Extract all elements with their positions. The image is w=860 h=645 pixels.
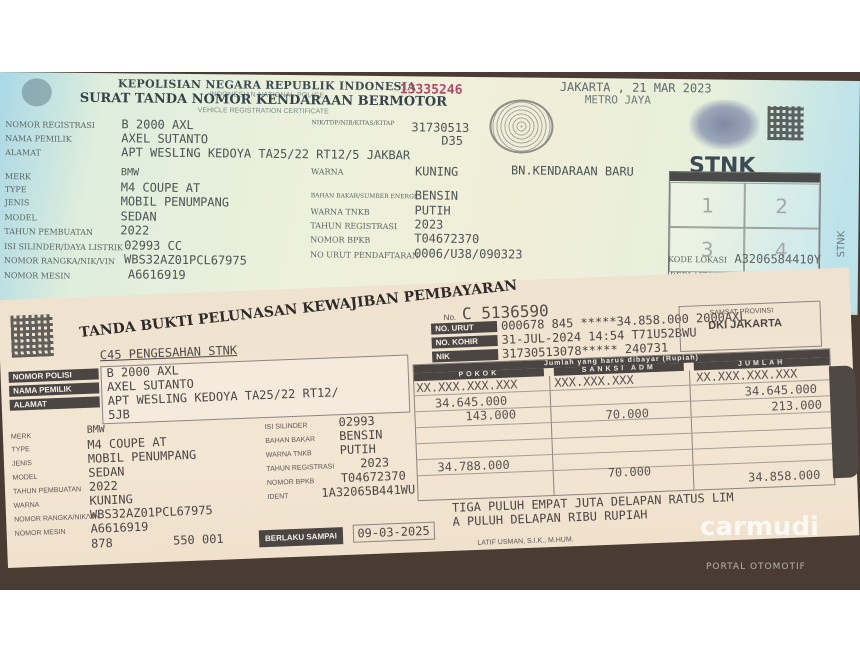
value-type: M4 COUPE AT (121, 180, 201, 195)
receipt-subtitle: C45 PENGESAHAN STNK (100, 343, 238, 362)
label-merk: MERK (11, 433, 31, 441)
label-warna-tnkb: WARNA TNKB (311, 207, 370, 217)
label-nomor-mesin: NOMOR MESIN (4, 271, 71, 281)
value-model: SEDAN (88, 464, 125, 479)
value-tahun-registrasi: 2023 (360, 455, 389, 470)
pengesahan-header (670, 172, 820, 183)
value-ident: 1A32065B441WU (321, 482, 415, 500)
stnk-title: SURAT TANDA NOMOR KENDARAAN BERMOTORVEHI… (80, 91, 447, 117)
label-model: MODEL (4, 213, 36, 222)
value-tahun-registrasi: 2023 (414, 217, 443, 231)
official-stamp-icon (489, 99, 554, 154)
label-isi-silinder: ISI SILINDER (265, 422, 308, 431)
stnk-doc-number: 13335246 (400, 82, 463, 98)
extra-code-1: 878 (91, 536, 113, 551)
value-model: SEDAN (120, 209, 156, 223)
label-tahun-registrasi: TAHUN REGISTRASI (310, 221, 397, 231)
samsat-box: SAMSAT PROVINSI DKI JAKARTA (678, 301, 822, 352)
label-nomor-rangka: NOMOR RANGKA/NIK/VIN (14, 513, 100, 523)
label-ident: IDENT (267, 493, 288, 501)
value-merk: BMW (121, 167, 139, 178)
pengesahan-cell-3: 3 (669, 226, 745, 273)
label-jenis: JENIS (5, 198, 30, 207)
pengesahan-cell-4: 4 (743, 227, 819, 274)
qr-code-icon (767, 106, 803, 140)
police-emblem-icon (22, 78, 52, 106)
carmudi-tagline: PORTAL OTOMOTIF (706, 562, 806, 572)
receipt-qr-code-icon (10, 314, 54, 358)
fee-code-column (829, 365, 859, 478)
label-isi-silinder: ISI SILINDER/DAYA LISTRIK (4, 242, 123, 252)
value-nik-line2: D35 (441, 134, 463, 148)
total-pokok: 34.788.000 (437, 458, 510, 475)
label-warna: WARNA (311, 167, 343, 176)
label-nik: NIK/TDP/NIB/KITAS/KITAP (311, 119, 394, 127)
label-berlaku-sampai: BERLAKU SAMPAI (259, 527, 343, 547)
bbn-jumlah: 34.645.000 (745, 382, 818, 399)
stnk-issue-office: METRO JAYA (585, 93, 651, 107)
value-isi-silinder: 02993 CC (124, 238, 182, 253)
value-isi-silinder: 02993 (338, 414, 375, 429)
value-alamat-line2: 5JB (108, 407, 130, 422)
value-nomor-registrasi: B 2000 AXL (121, 117, 193, 132)
value-samsat: DKI JAKARTA (708, 317, 782, 332)
label-nomor-mesin: NOMOR MESIN (15, 529, 66, 538)
carmudi-watermark: carmudi (700, 512, 819, 542)
label-no-kohir: NO. KOHIR (431, 335, 497, 349)
label-nomor-bpkb: NOMOR BPKB (310, 235, 370, 245)
value-jenis: MOBIL PENUMPANG (88, 448, 197, 466)
value-nomor-bpkb: T04672370 (414, 231, 479, 246)
value-berlaku-sampai: 09-03-2025 (352, 522, 435, 543)
payment-table: Jumlah yang harus dibayar (Rupiah) POKOK… (412, 348, 835, 501)
label-type: TYPE (5, 185, 27, 194)
label-type: TYPE (11, 446, 30, 454)
value-nomor-mesin: A6616919 (90, 520, 148, 536)
label-samsat: SAMSAT PROVINSI (710, 307, 774, 316)
pkb-jumlah: 213.000 (771, 398, 822, 414)
pkb-sanksi: 70.000 (605, 406, 649, 422)
document-photo: KEPOLISIAN NEGARA REPUBLIK INDONESIAINDO… (0, 72, 860, 590)
value-tahun-pembuatan: 2022 (89, 479, 118, 494)
label-tahun-registrasi: TAHUN REGISTRASI (266, 463, 334, 473)
label-merk: MERK (5, 172, 31, 181)
label-no-urut: NO. URUT (431, 321, 497, 335)
label-warna-tnkb: WARNA TNKB (266, 450, 312, 459)
total-jumlah: 34.858.000 (748, 468, 821, 485)
value-merk: BMW (87, 424, 105, 436)
value-bahan-bakar: BENSIN (339, 428, 383, 444)
value-nik: 31730513 (411, 120, 469, 135)
value-alamat: APT WESLING KEDOYA TA25/22 RT12/5 JAKBAR (121, 145, 410, 162)
label-alamat: ALAMAT (10, 396, 100, 410)
label-nomor-registrasi: NOMOR REGISTRASI (5, 120, 95, 130)
label-jenis: JENIS (12, 460, 32, 468)
pengesahan-cell-1: 1 (669, 182, 745, 229)
label-nomor-polisi: NOMOR POLISI (8, 368, 98, 382)
value-warna: KUNING (415, 164, 459, 178)
label-nama-pemilik: NAMA PEMILIK (5, 134, 71, 144)
value-nama-pemilik: AXEL SUTANTO (121, 131, 208, 146)
label-nama-pemilik: NAMA PEMILIK (9, 382, 99, 396)
label-warna: WARNA (13, 502, 39, 510)
label-no-urut-pendaftaran: NO URUT PENDAFTARAN (310, 250, 419, 260)
label-bahan-bakar: BAHAN BAKAR (265, 436, 315, 445)
extra-code-2: 550 001 (173, 532, 224, 548)
value-warna-tnkb: PUTIH (415, 203, 451, 217)
label-nomor-bpkb: NOMOR BPKB (267, 478, 315, 487)
value-jenis: MOBIL PENUMPANG (121, 194, 230, 209)
hologram-icon (689, 99, 760, 150)
pengesahan-cell-2: 2 (743, 183, 819, 230)
value-tahun-pembuatan: 2022 (120, 223, 149, 237)
kode-lokasi: KODE LOKASI A3206584410Y (668, 251, 821, 267)
value-bahan-bakar: BENSIN (415, 188, 459, 202)
value-nomor-mesin: A6616919 (128, 267, 186, 282)
pkb-pokok: 143.000 (465, 407, 516, 423)
value-no-urut-pendaftaran: 0006/U38/090323 (414, 246, 523, 261)
receipt-valid-until: BERLAKU SAMPAI 09-03-2025 (259, 520, 435, 546)
label-nomor-rangka: NOMOR RANGKA/NIK/VIN (4, 256, 115, 266)
label-tahun-pembuatan: TAHUN PEMBUATAN (13, 486, 81, 496)
label-model: MODEL (12, 474, 37, 482)
label-tahun-pembuatan: TAHUN PEMBUATAN (4, 227, 93, 237)
value-warna-tnkb: PUTIH (339, 442, 376, 457)
total-sanksi: 70.000 (608, 464, 652, 480)
signatory-1: Latif Usman, S.I.K., M.Hum. (477, 536, 574, 547)
label-bahan-bakar: BAHAN BAKAR/SUMBER ENERGI (311, 192, 417, 200)
value-status: BN.KENDARAAN BARU (511, 163, 634, 178)
label-alamat: ALAMAT (5, 148, 41, 157)
stnk-side-mark: STNK (836, 231, 847, 258)
value-nomor-rangka: WBS32AZ01PCL67975 (124, 252, 247, 267)
